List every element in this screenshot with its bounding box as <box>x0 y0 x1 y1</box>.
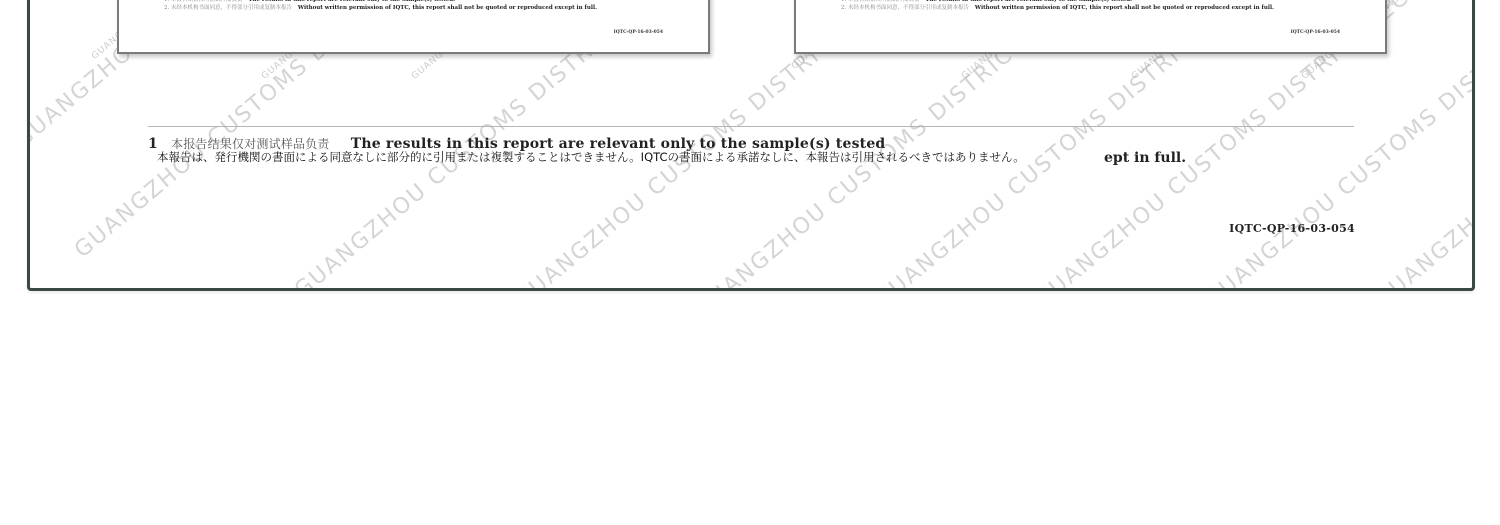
document-frame: GUANGZHOU CUSTOMS DISTRICT TECHNOLOGY CE… <box>27 0 1475 291</box>
thumbnail-code: IQTC-QP-16-03-054 <box>614 30 663 35</box>
footer-divider <box>148 126 1354 127</box>
footer-note-2-en-tail: ept in full. <box>1104 150 1186 166</box>
thumbnail-note-2-cn: 2. 未经本机构书面同意，不得部分引用或复制本报告 <box>841 5 969 11</box>
thumbnail-code: IQTC-QP-16-03-054 <box>1291 30 1340 35</box>
thumbnail-note-2: 2. 未经本机构书面同意，不得部分引用或复制本报告 Without writte… <box>841 3 1274 11</box>
thumbnail-note-2: 2. 未经本机构书面同意，不得部分引用或复制本报告 Without writte… <box>164 3 597 11</box>
report-thumbnail-right: 1. 本报告结果仅对测试样品负责 The results in this rep… <box>794 0 1387 54</box>
thumbnail-note-2-cn: 2. 未经本机构书面同意，不得部分引用或复制本报告 <box>164 5 292 11</box>
footer-note-2-japanese: 本報告は、発行機関の書面による同意なしに部分的に引用または複製することはできませ… <box>157 149 1025 165</box>
thumbnail-note-2-en: Without written permission of IQTC, this… <box>975 5 1274 11</box>
document-code: IQTC-QP-16-03-054 <box>1229 222 1355 235</box>
thumbnail-note-2-en: Without written permission of IQTC, this… <box>298 5 597 11</box>
report-thumbnail-left: 1. 本报告结果仅对测试样品负责 The results in this rep… <box>117 0 710 54</box>
